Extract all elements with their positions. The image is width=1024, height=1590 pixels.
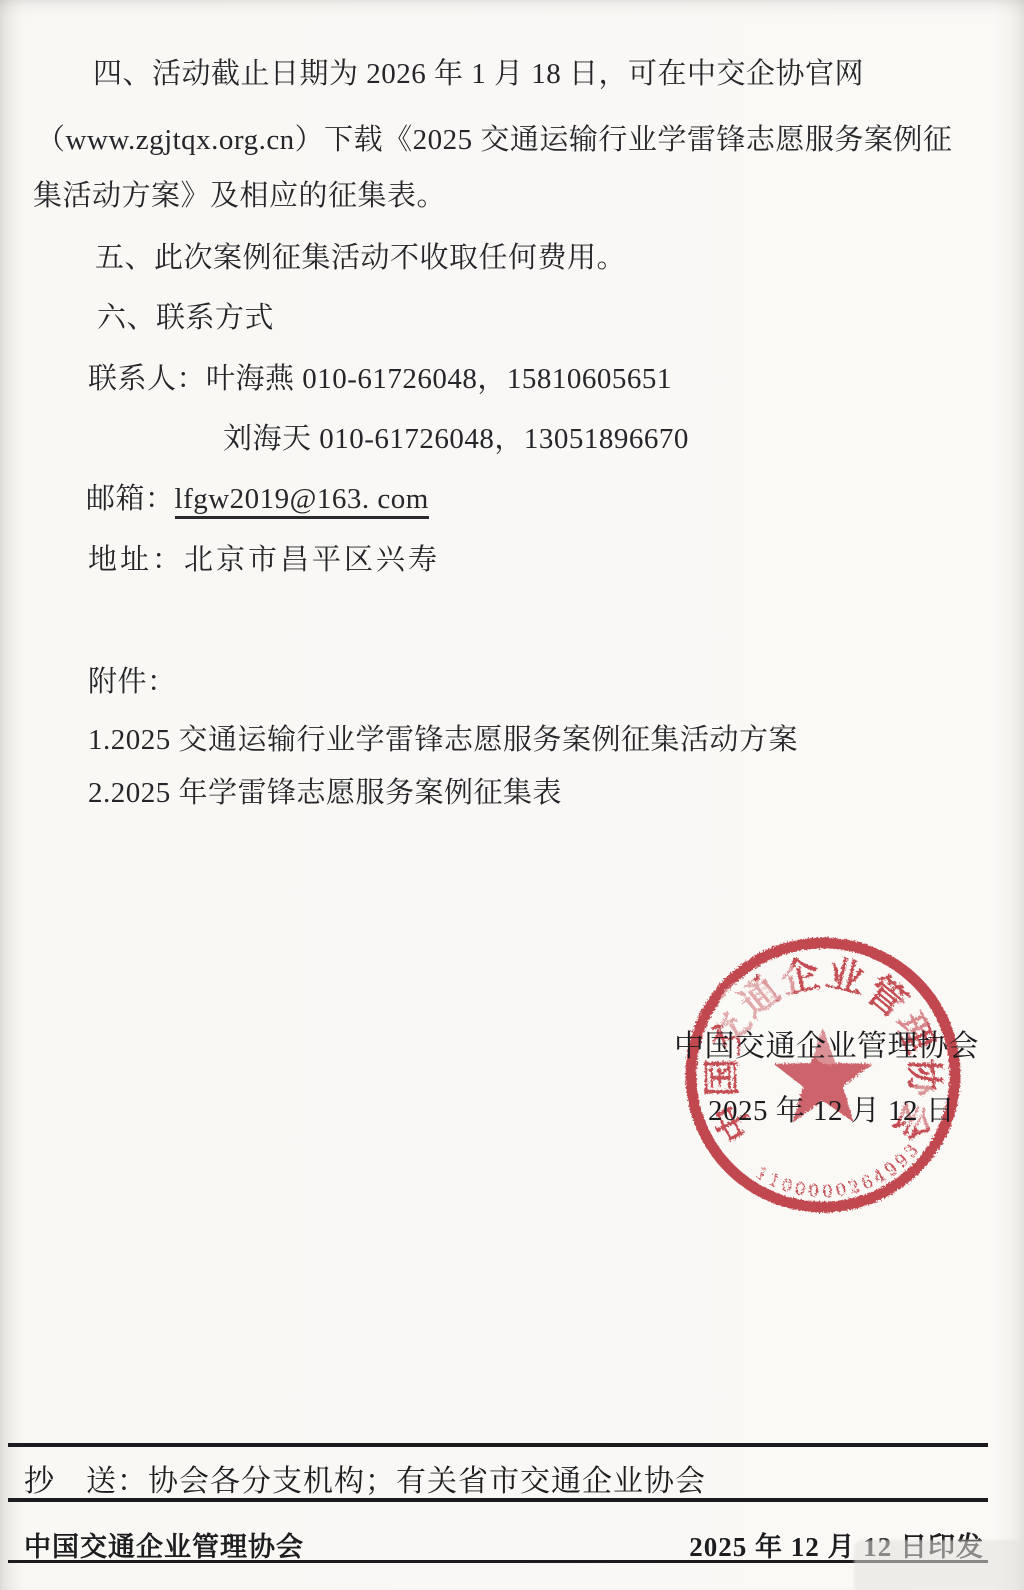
attachments-label: 附件： — [88, 665, 177, 699]
body-line-4: 五、此次案例征集活动不收取任何费用。 — [95, 241, 626, 275]
email-value: lfgw2019@163. com — [175, 483, 429, 519]
email-line: 邮箱：lfgw2019@163. com — [86, 482, 429, 516]
address-line: 地址：北京市昌平区兴寿 — [88, 543, 440, 577]
email-label: 邮箱： — [86, 483, 175, 515]
attachment-item-1: 1.2025 交通运输行业学雷锋志愿服务案例征集活动方案 — [88, 723, 798, 757]
footer-rule-bottom — [8, 1560, 988, 1563]
body-line-3: 集活动方案》及相应的征集表。 — [33, 179, 446, 213]
body-line-5: 六、联系方式 — [97, 301, 274, 335]
stamp-serial-number: 1100000264993 — [752, 1138, 925, 1202]
signature-org: 中国交通企业管理协会 — [674, 1030, 979, 1064]
svg-text:1100000264993: 1100000264993 — [752, 1138, 925, 1202]
body-line-2: （www.zgjtqx.org.cn）下载《2025 交通运输行业学雷锋志愿服务… — [36, 123, 952, 157]
body-line-1: 四、活动截止日期为 2026 年 1 月 18 日，可在中交企协官网 — [93, 57, 864, 91]
cc-line: 抄 送：协会各分支机构；有关省市交通企业协会 — [24, 1465, 706, 1498]
attachment-item-2: 2.2025 年学雷锋志愿服务案例征集表 — [88, 776, 562, 810]
document-page: 四、活动截止日期为 2026 年 1 月 18 日，可在中交企协官网 （www.… — [0, 0, 1024, 1590]
footer-rule-middle — [8, 1498, 988, 1502]
contact-line-2: 刘海天 010-61726048，13051896670 — [223, 422, 689, 456]
signature-date: 2025 年 12 月 12 日 — [708, 1094, 955, 1128]
contact-line-1: 联系人：叶海燕 010-61726048，15810605651 — [88, 362, 672, 396]
footer-rule-top — [8, 1443, 988, 1447]
corner-watermark — [854, 1540, 1024, 1590]
official-seal-stamp: 中国交通企业管理协会 1100000264993 — [670, 922, 976, 1228]
